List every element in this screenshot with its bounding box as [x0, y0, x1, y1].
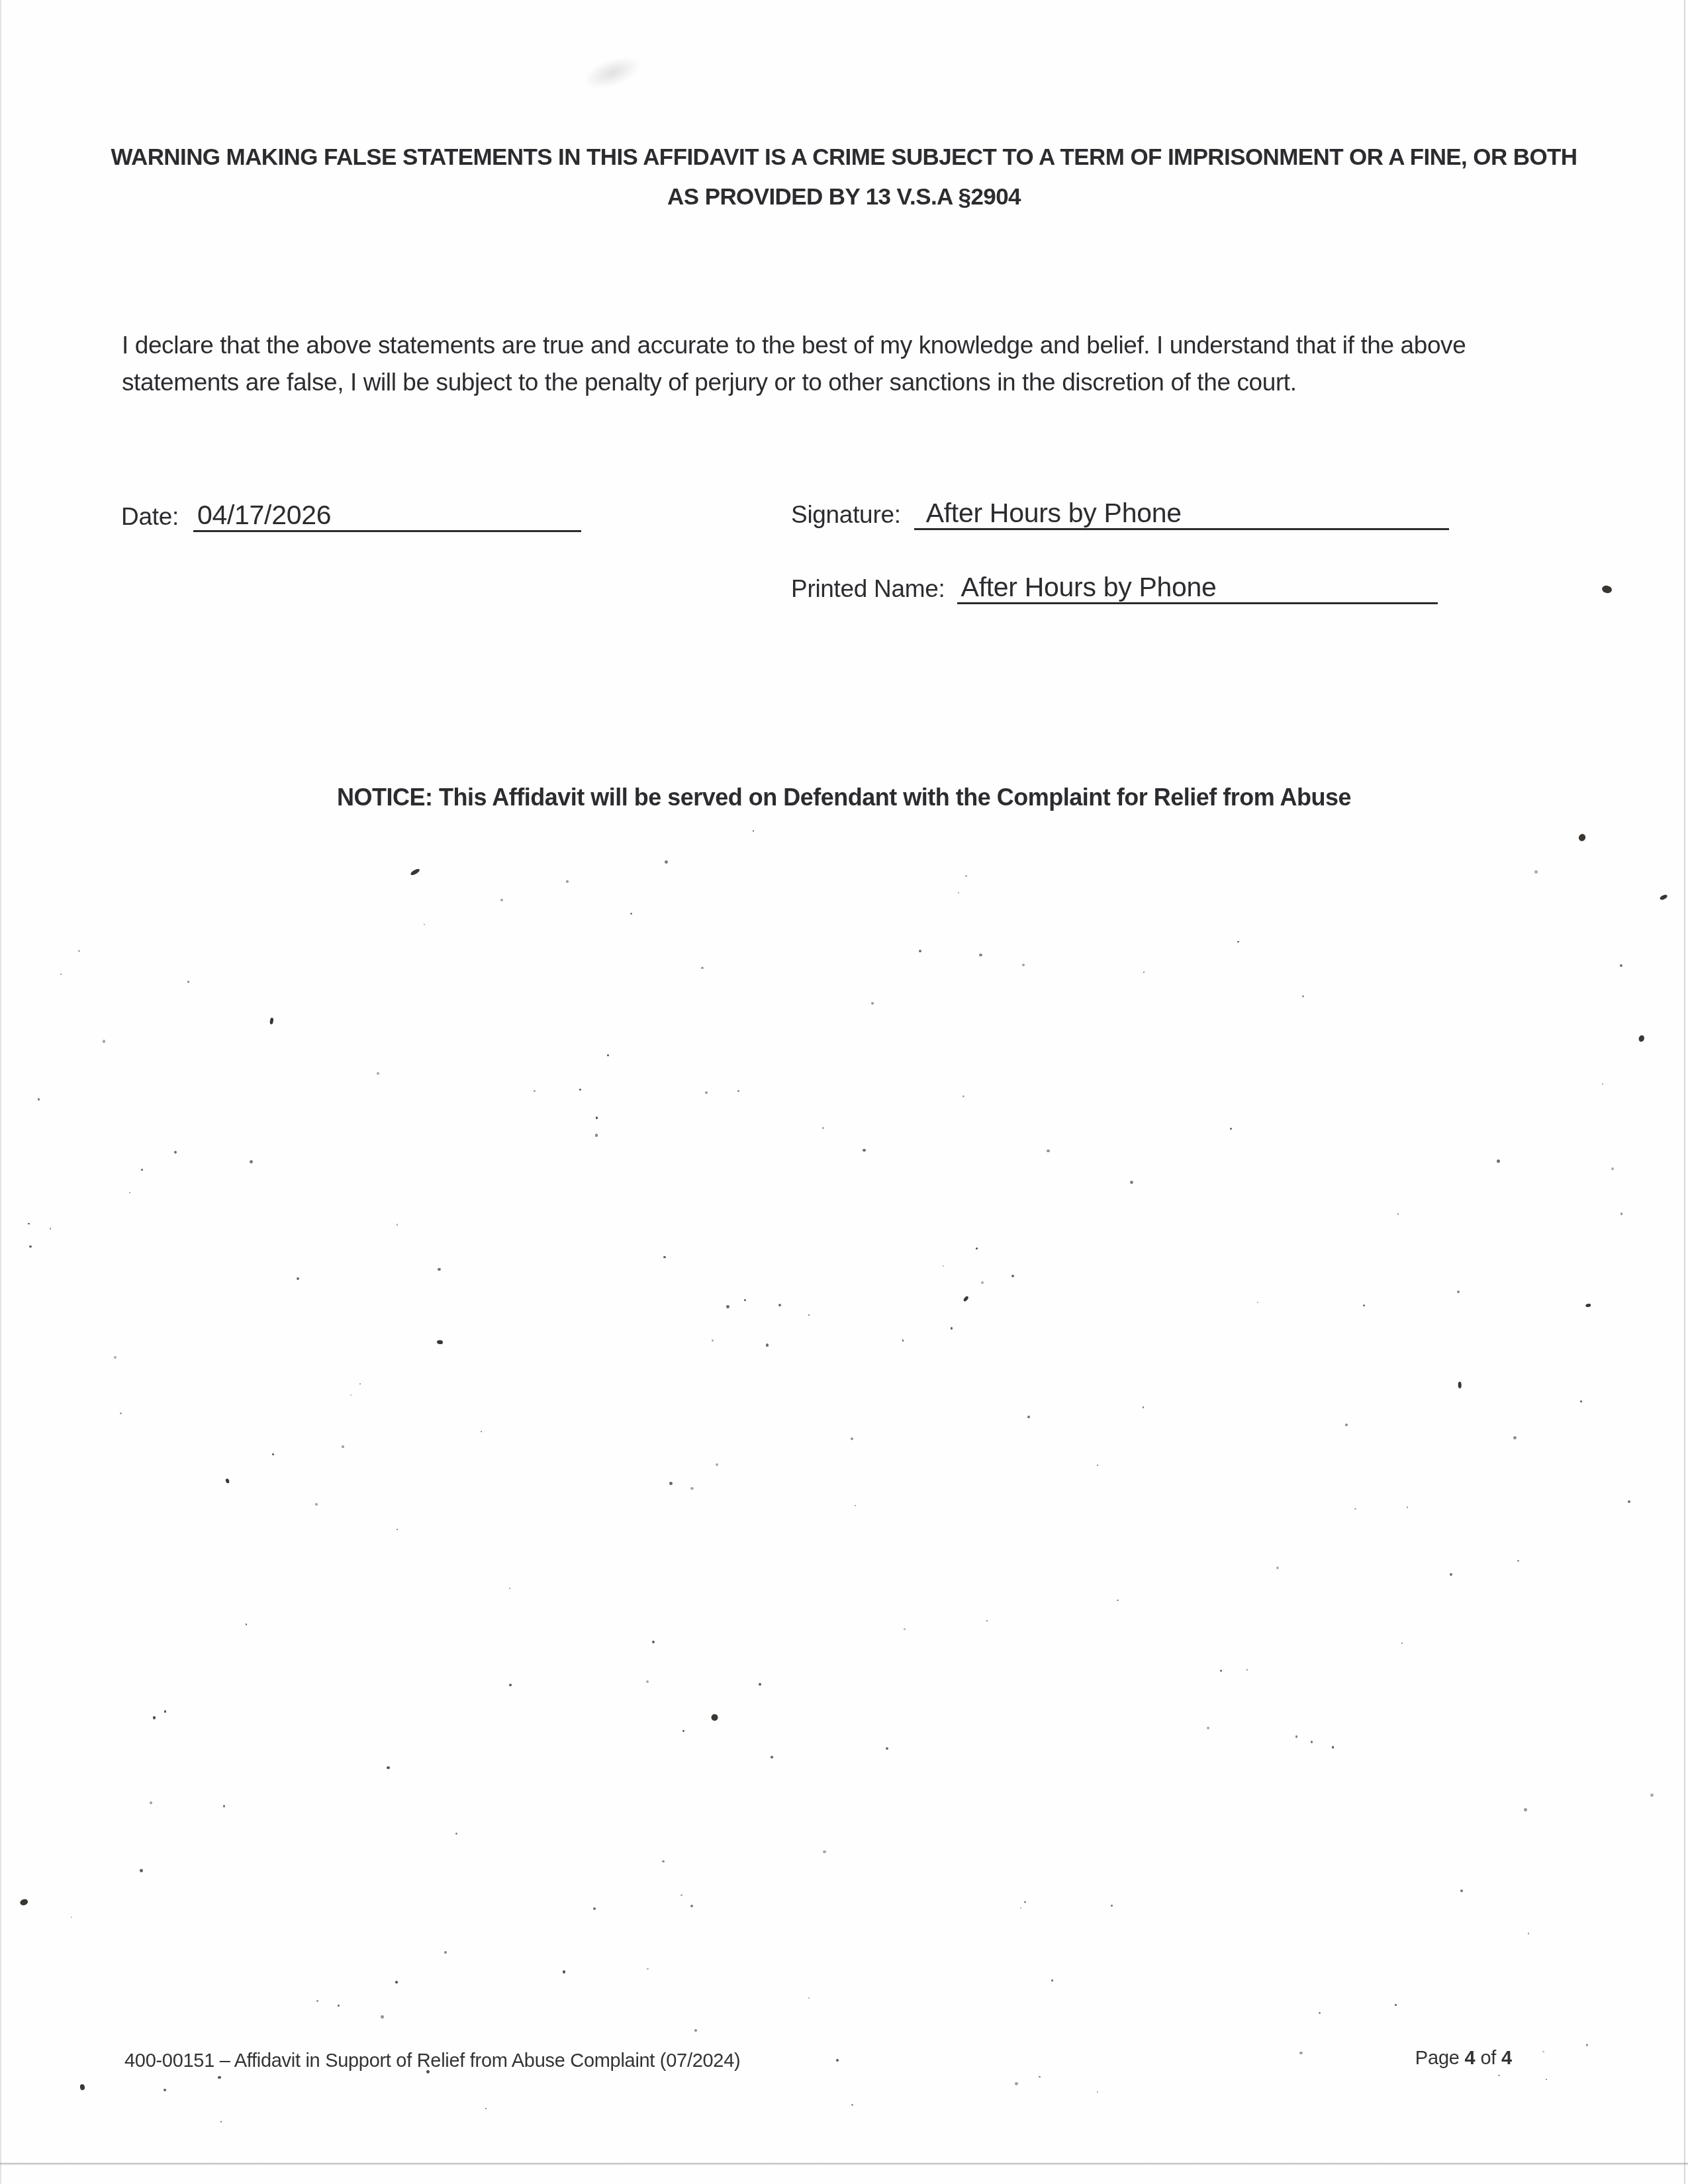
speck — [485, 2108, 487, 2109]
speck — [250, 1160, 253, 1163]
speck — [607, 1054, 609, 1056]
speck — [1257, 1302, 1258, 1303]
page-of: of — [1480, 2048, 1496, 2069]
speck — [1363, 1304, 1365, 1306]
speck — [150, 1801, 153, 1805]
speck — [1143, 972, 1145, 973]
speck — [919, 950, 921, 952]
speck — [269, 1017, 274, 1024]
printed-name-field: Printed Name: After Hours by Phone — [791, 572, 1438, 604]
speck — [680, 1894, 682, 1896]
speck — [438, 1268, 441, 1271]
speck — [377, 1072, 379, 1075]
speck — [563, 1970, 565, 1973]
speck — [863, 1149, 865, 1152]
speck — [943, 1265, 944, 1267]
speck — [1534, 870, 1537, 873]
speck — [316, 2000, 318, 2002]
speck — [669, 1482, 673, 1485]
speck — [1513, 1436, 1517, 1439]
speck — [855, 1505, 856, 1506]
speck — [141, 1169, 143, 1171]
signature-field: Signature: After Hours by Phone — [791, 498, 1449, 530]
speck — [1524, 1808, 1527, 1811]
speck — [958, 892, 959, 893]
speck — [225, 1479, 230, 1484]
speck — [1047, 1150, 1049, 1152]
speck — [1580, 1400, 1582, 1402]
speck — [902, 1340, 904, 1341]
speck — [1460, 1889, 1463, 1892]
declaration-statement: I declare that the above statements are … — [122, 327, 1512, 401]
scan-smudge — [580, 50, 645, 95]
speck — [129, 1192, 130, 1193]
speck — [153, 1716, 156, 1719]
speck — [1585, 1303, 1591, 1308]
speck — [1039, 2076, 1040, 2077]
speck — [1020, 1907, 1022, 1909]
speck — [1638, 1034, 1645, 1042]
speck — [1542, 2051, 1544, 2053]
speck — [1015, 2082, 1018, 2085]
speck — [1027, 1416, 1031, 1419]
speck — [272, 1453, 274, 1455]
speck — [979, 954, 982, 957]
speck — [1097, 1465, 1098, 1466]
speck — [652, 1641, 655, 1644]
speck — [71, 1917, 72, 1918]
speck — [712, 1340, 714, 1342]
speck — [904, 1628, 906, 1630]
speck — [1407, 1506, 1408, 1508]
speck — [778, 1304, 781, 1306]
speck — [566, 880, 568, 882]
speck — [1111, 1905, 1113, 1907]
speck — [359, 1383, 361, 1385]
speck — [395, 1981, 398, 1983]
speck — [1586, 2044, 1589, 2046]
speck — [630, 913, 633, 915]
date-field: Date: 04/17/2026 — [121, 500, 581, 532]
speck — [1620, 1212, 1623, 1215]
speck — [595, 1134, 598, 1137]
speck — [1601, 585, 1613, 594]
speck — [1051, 1979, 1053, 1981]
speck — [164, 2089, 166, 2091]
speck — [220, 2121, 222, 2122]
printed-name-label: Printed Name: — [791, 574, 945, 604]
speck — [1246, 1669, 1248, 1670]
speck — [1237, 941, 1239, 942]
speck — [1611, 1167, 1614, 1170]
page-total: 4 — [1501, 2048, 1512, 2069]
signature-value: After Hours by Phone — [914, 498, 1449, 530]
speck — [1498, 2075, 1500, 2077]
speck — [174, 1151, 177, 1154]
speck — [424, 924, 425, 925]
speck — [593, 1907, 596, 1910]
speck — [744, 1299, 746, 1301]
speck — [1097, 2091, 1098, 2093]
speck — [976, 1248, 978, 1250]
scanned-page: WARNING MAKING FALSE STATEMENTS IN THIS … — [0, 0, 1688, 2184]
speck — [701, 967, 703, 969]
speck — [1528, 1933, 1530, 1934]
speck — [836, 2059, 839, 2062]
speck — [1457, 1291, 1460, 1293]
date-value: 04/17/2026 — [193, 500, 581, 532]
speck — [1311, 1741, 1313, 1743]
speck — [690, 1905, 693, 1907]
speck — [1345, 1424, 1348, 1426]
page-current: 4 — [1465, 2048, 1476, 2069]
speck — [1011, 1275, 1014, 1277]
speck — [823, 1850, 825, 1853]
speck — [1302, 995, 1304, 997]
speck — [437, 1340, 444, 1345]
speck — [822, 1127, 824, 1129]
speck — [726, 1305, 729, 1308]
speck — [646, 1680, 649, 1683]
speck — [981, 1281, 984, 1284]
speck — [500, 899, 503, 901]
speck — [164, 1710, 167, 1713]
speck — [342, 1445, 344, 1448]
speck — [1295, 1735, 1297, 1737]
speck — [753, 830, 755, 832]
speck — [886, 1747, 889, 1751]
speck — [1628, 1500, 1630, 1503]
speck — [38, 1098, 40, 1100]
speck — [1220, 1670, 1221, 1671]
speck — [705, 1091, 708, 1094]
speck — [223, 1805, 226, 1807]
speck — [246, 1623, 248, 1625]
speck — [50, 1228, 52, 1230]
speck — [759, 1683, 761, 1686]
speck — [1207, 1727, 1209, 1729]
speck — [1319, 2012, 1321, 2014]
printed-name-value: After Hours by Phone — [957, 572, 1438, 604]
speck — [1143, 1406, 1145, 1408]
speck — [297, 1277, 299, 1280]
speck — [1650, 1794, 1654, 1797]
speck — [140, 1869, 142, 1872]
speck — [387, 1766, 389, 1769]
speck — [851, 1437, 853, 1440]
speck — [1332, 1746, 1335, 1749]
speck — [397, 1224, 399, 1226]
speck — [60, 974, 62, 975]
form-identifier: 400-00151 – Affidavit in Support of Reli… — [124, 2048, 740, 2074]
perjury-warning: WARNING MAKING FALSE STATEMENTS IN THIS … — [106, 138, 1582, 217]
speck — [509, 1684, 512, 1686]
speck — [871, 1002, 874, 1005]
speck — [1024, 1901, 1026, 1903]
speck — [218, 2076, 220, 2079]
speck — [1130, 1181, 1133, 1184]
speck — [1276, 1567, 1278, 1569]
speck — [455, 1833, 457, 1835]
speck — [338, 2005, 340, 2007]
scan-right-edge — [1684, 0, 1685, 2184]
speck — [1450, 1573, 1452, 1576]
speck — [1117, 1600, 1119, 1602]
speck — [397, 1529, 398, 1530]
speck — [808, 1997, 810, 1999]
speck — [444, 1951, 447, 1954]
speck — [28, 1223, 30, 1225]
speck — [851, 2104, 853, 2106]
speck — [426, 2070, 430, 2073]
speck — [1546, 2079, 1547, 2080]
speck — [665, 860, 668, 864]
speck — [29, 1246, 31, 1248]
speck — [1577, 833, 1587, 842]
speck — [1602, 1083, 1603, 1085]
speck — [19, 1898, 28, 1906]
scan-left-edge — [0, 0, 1, 2184]
speck — [596, 1116, 598, 1119]
speck — [315, 1503, 318, 1506]
speck — [951, 1327, 953, 1329]
speck — [1230, 1128, 1233, 1130]
speck — [766, 1343, 769, 1346]
speck — [986, 1620, 988, 1621]
speck — [1517, 1560, 1519, 1562]
speck — [1395, 2004, 1397, 2006]
speck — [771, 1756, 773, 1758]
speck — [481, 1431, 482, 1432]
page-number: Page 4 of 4 — [1415, 2045, 1512, 2071]
speck — [1299, 2052, 1302, 2054]
speck — [114, 1356, 117, 1359]
speck — [381, 2015, 384, 2019]
speck — [187, 981, 189, 983]
speck — [579, 1089, 581, 1091]
speck — [716, 1463, 718, 1466]
speck — [663, 1256, 665, 1258]
speck — [737, 1090, 739, 1092]
speck — [662, 1860, 664, 1862]
page-prefix: Page — [1415, 2048, 1460, 2069]
speck — [410, 868, 421, 876]
speck — [963, 1295, 969, 1302]
speck — [1354, 1508, 1356, 1510]
speck — [534, 1090, 536, 1092]
speck — [694, 2029, 698, 2032]
speck — [78, 950, 79, 952]
service-notice: NOTICE: This Affidavit will be served on… — [199, 781, 1489, 814]
speck — [682, 1730, 684, 1732]
speck — [1458, 1382, 1462, 1388]
speck — [711, 1713, 719, 1721]
date-label: Date: — [121, 502, 179, 532]
speck — [1022, 964, 1025, 966]
speck — [647, 1968, 648, 1970]
signature-label: Signature: — [791, 500, 901, 530]
scan-bottom-edge — [0, 2163, 1688, 2165]
speck — [1659, 894, 1668, 901]
speck — [103, 1040, 105, 1042]
speck — [962, 1095, 964, 1097]
speck — [965, 875, 967, 877]
speck — [79, 2084, 85, 2091]
speck — [1497, 1160, 1499, 1162]
speck — [120, 1412, 122, 1414]
speck — [690, 1487, 694, 1490]
speck — [350, 1394, 352, 1396]
speck — [808, 1314, 810, 1316]
speck — [1401, 1643, 1403, 1645]
speck — [1397, 1213, 1399, 1215]
speck — [1620, 964, 1622, 967]
speck — [509, 1588, 510, 1589]
